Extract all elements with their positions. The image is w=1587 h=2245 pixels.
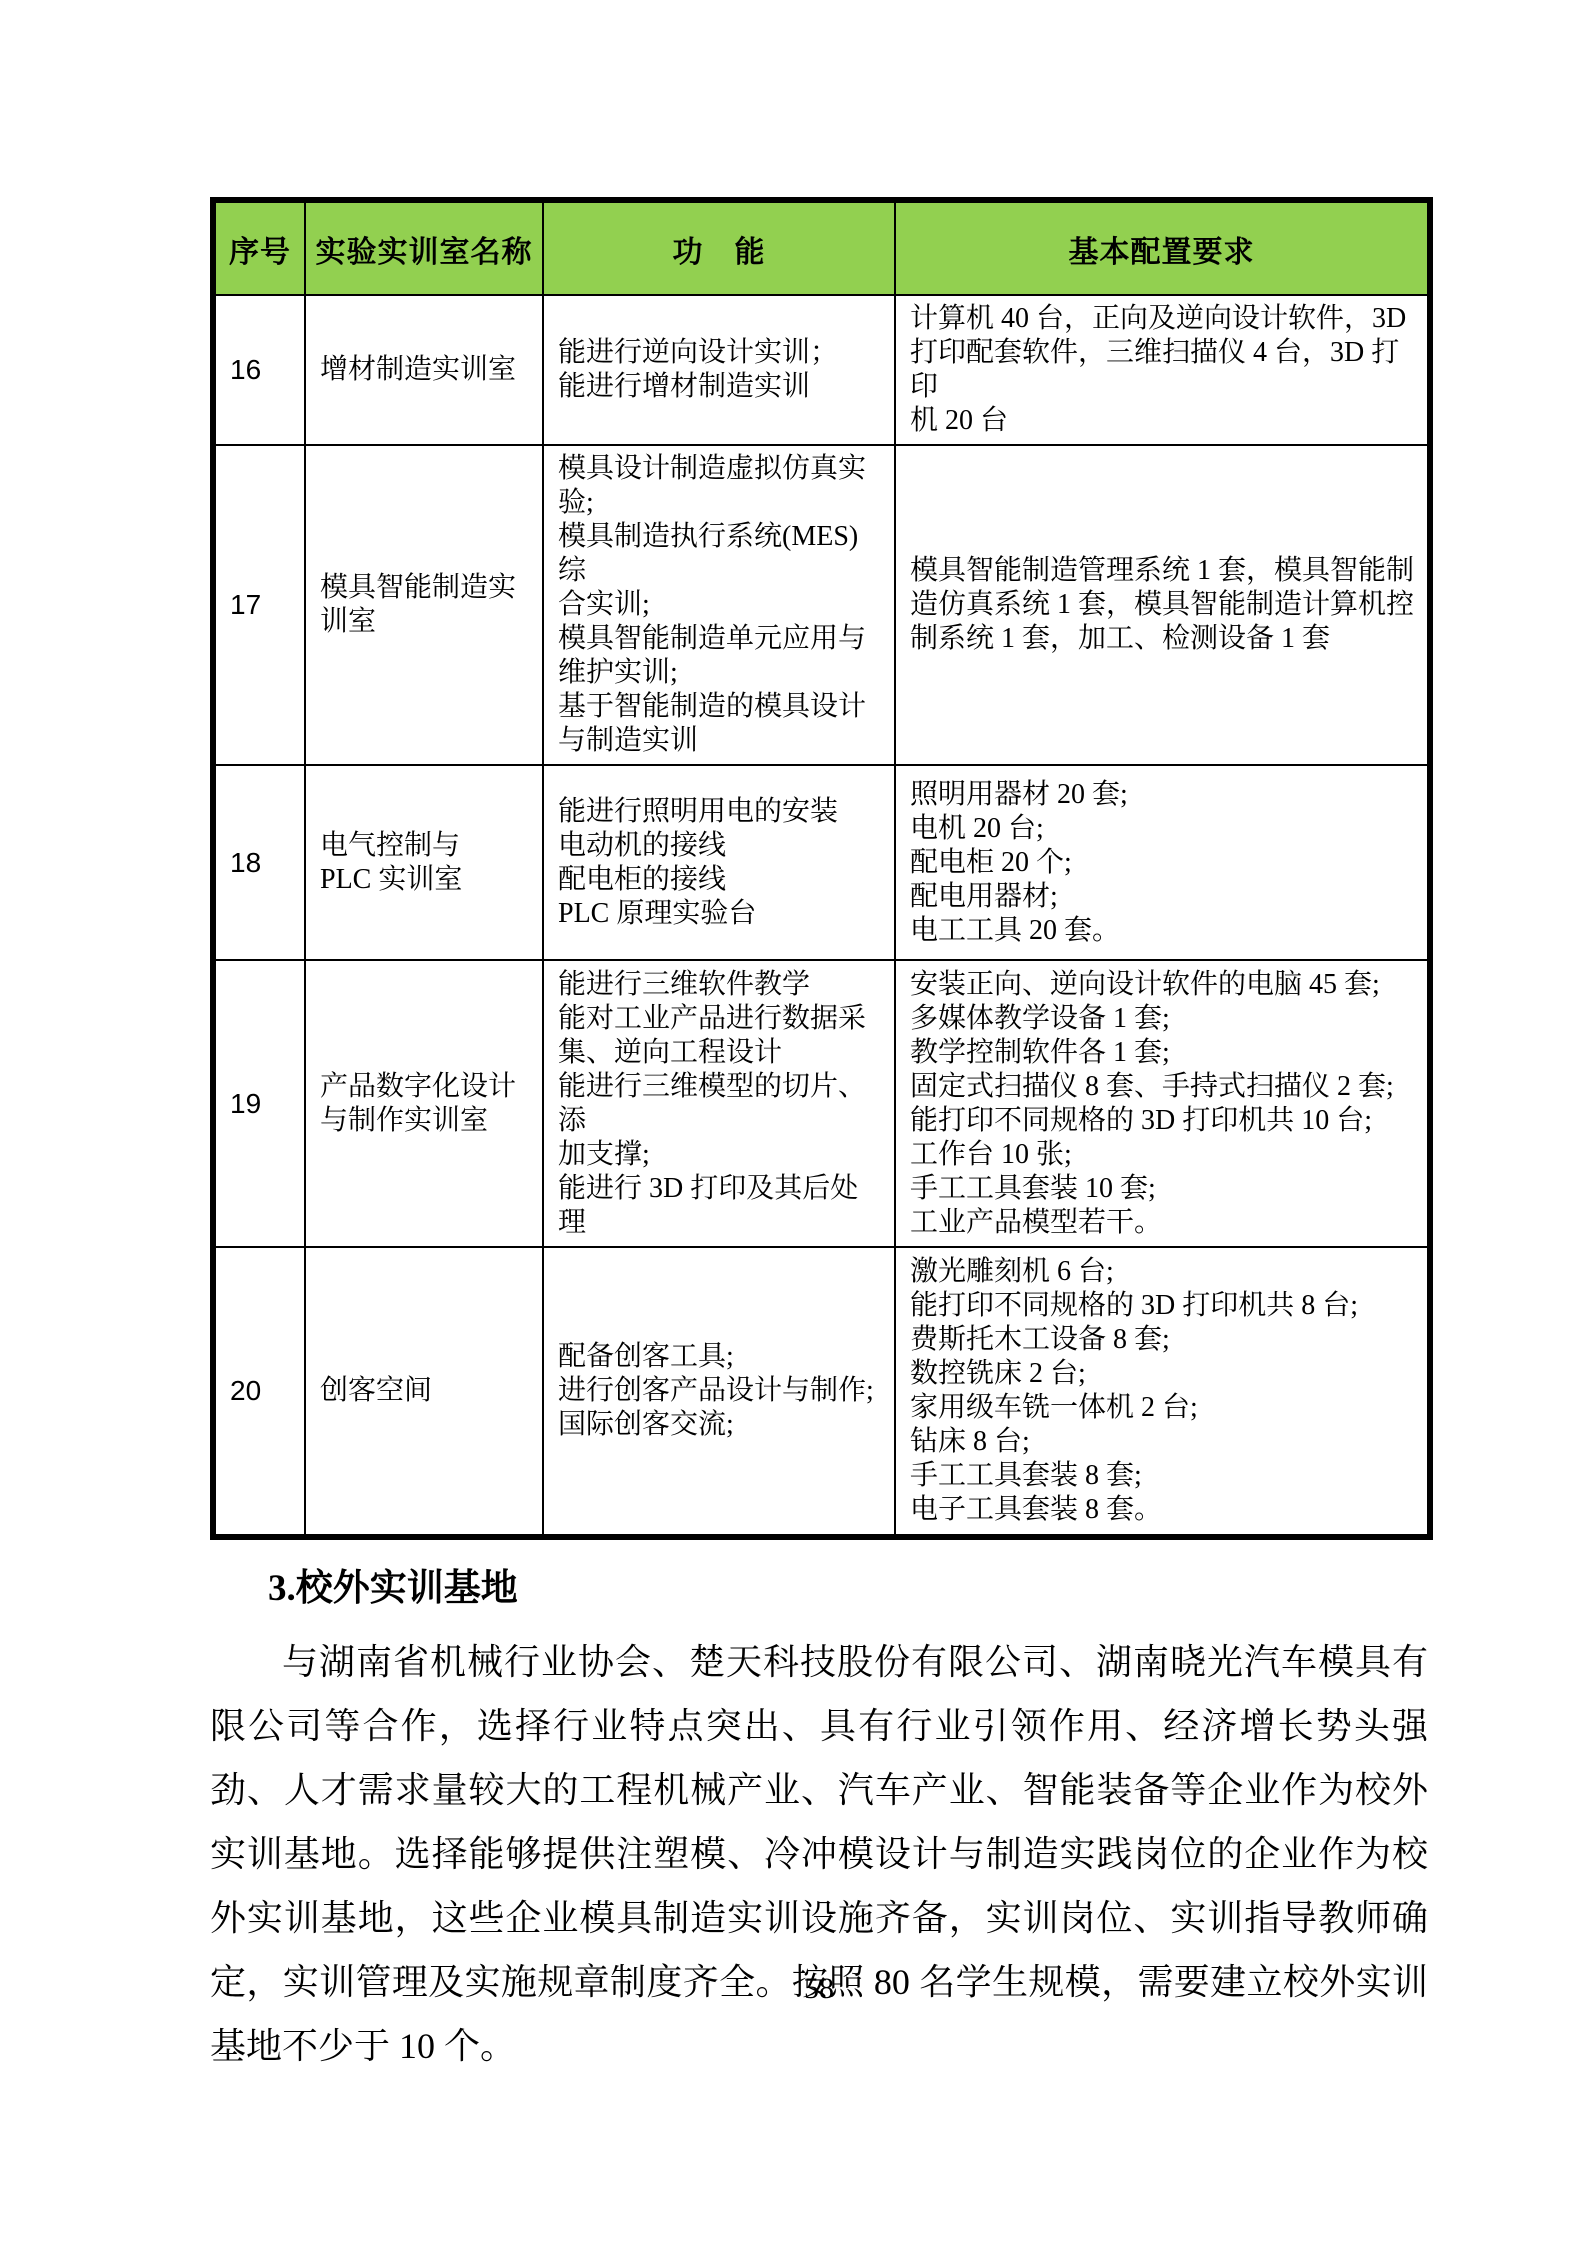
page-number: 58 [210, 1972, 1428, 2006]
lab-name-cell: 电气控制与 PLC 实训室 [305, 765, 543, 960]
lab-name-cell: 创客空间 [305, 1247, 543, 1537]
lab-name-cell: 模具智能制造实 训室 [305, 445, 543, 765]
row-no-cell: 19 [213, 960, 305, 1247]
table-row: 16 增材制造实训室 能进行逆向设计实训； 能进行增材制造实训 计算机 40 台… [213, 295, 1430, 445]
function-cell: 能进行逆向设计实训； 能进行增材制造实训 [543, 295, 895, 445]
table-row: 19 产品数字化设计 与制作实训室 能进行三维软件教学 能对工业产品进行数据采 … [213, 960, 1430, 1247]
header-lab-name: 实验实训室名称 [305, 200, 543, 295]
function-cell: 模具设计制造虚拟仿真实 验; 模具制造执行系统(MES)综 合实训; 模具智能制… [543, 445, 895, 765]
lab-name-cell: 增材制造实训室 [305, 295, 543, 445]
page-content: 序号 实验实训室名称 功 能 基本配置要求 16 增材制造实训室 能进行逆向设计… [210, 197, 1428, 2078]
table-header-row: 序号 实验实训室名称 功 能 基本配置要求 [213, 200, 1430, 295]
row-no-cell: 17 [213, 445, 305, 765]
table-row: 20 创客空间 配备创客工具; 进行创客产品设计与制作; 国际创客交流; 激光雕… [213, 1247, 1430, 1537]
config-cell: 计算机 40 台，正向及逆向设计软件，3D 打印配套软件，三维扫描仪 4 台，3… [895, 295, 1430, 445]
config-cell: 激光雕刻机 6 台; 能打印不同规格的 3D 打印机共 8 台; 费斯托木工设备… [895, 1247, 1430, 1537]
function-cell: 能进行照明用电的安装 电动机的接线 配电柜的接线 PLC 原理实验台 [543, 765, 895, 960]
row-no-cell: 18 [213, 765, 305, 960]
row-no-cell: 16 [213, 295, 305, 445]
body-paragraph: 与湖南省机械行业协会、楚天科技股份有限公司、湖南晓光汽车模具有限公司等合作，选择… [210, 1630, 1428, 2078]
lab-config-table: 序号 实验实训室名称 功 能 基本配置要求 16 增材制造实训室 能进行逆向设计… [210, 197, 1433, 1540]
section-heading: 3.校外实训基地 [268, 1566, 1428, 1612]
header-no: 序号 [213, 200, 305, 295]
header-function: 功 能 [543, 200, 895, 295]
header-config: 基本配置要求 [895, 200, 1430, 295]
config-cell: 安装正向、逆向设计软件的电脑 45 套; 多媒体教学设备 1 套; 教学控制软件… [895, 960, 1430, 1247]
function-cell: 能进行三维软件教学 能对工业产品进行数据采 集、逆向工程设计 能进行三维模型的切… [543, 960, 895, 1247]
lab-name-cell: 产品数字化设计 与制作实训室 [305, 960, 543, 1247]
config-cell: 模具智能制造管理系统 1 套，模具智能制 造仿真系统 1 套，模具智能制造计算机… [895, 445, 1430, 765]
config-cell: 照明用器材 20 套; 电机 20 台; 配电柜 20 个; 配电用器材; 电工… [895, 765, 1430, 960]
table-row: 18 电气控制与 PLC 实训室 能进行照明用电的安装 电动机的接线 配电柜的接… [213, 765, 1430, 960]
table-row: 17 模具智能制造实 训室 模具设计制造虚拟仿真实 验; 模具制造执行系统(ME… [213, 445, 1430, 765]
row-no-cell: 20 [213, 1247, 305, 1537]
function-cell: 配备创客工具; 进行创客产品设计与制作; 国际创客交流; [543, 1247, 895, 1537]
document-page: 序号 实验实训室名称 功 能 基本配置要求 16 增材制造实训室 能进行逆向设计… [0, 0, 1587, 2245]
